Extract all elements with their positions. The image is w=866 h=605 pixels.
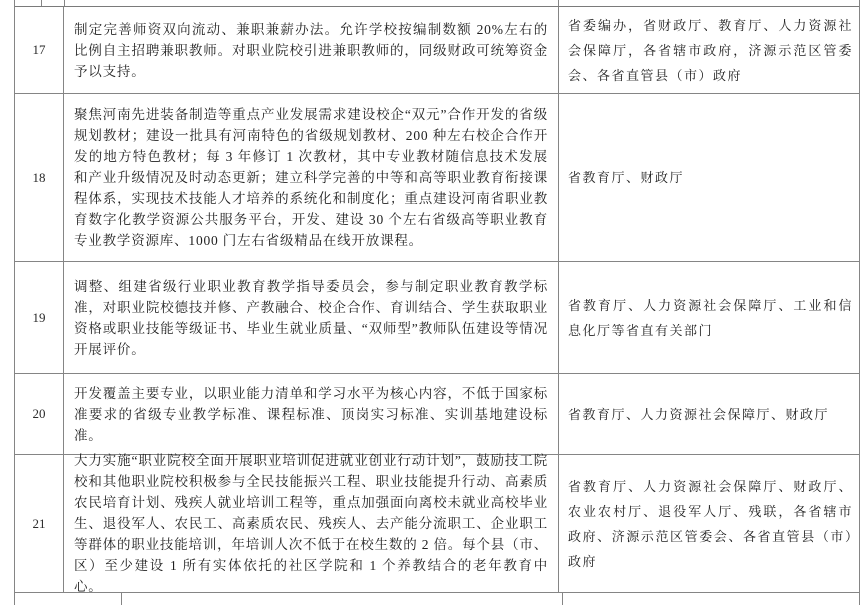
divider-line <box>121 593 122 605</box>
responsible-cell: 省委编办，省财政厅、教育厅、人力资源社会保障厅，各省辖市政府，济源示范区管委会、… <box>559 7 859 93</box>
divider-line <box>558 0 559 6</box>
task-text: 聚焦河南先进装备制造等重点产业发展需求建设校企“双元”合作开发的省级规划教材；建… <box>74 104 548 251</box>
row-number: 21 <box>15 455 64 592</box>
table-row: 20 开发覆盖主要专业，以职业能力清单和学习水平为核心内容，不低于国家标准要求的… <box>15 374 859 455</box>
task-cell: 调整、组建省级行业职业教育教学指导委员会，参与制定职业教育教学标准，对职业院校德… <box>64 262 559 373</box>
row-number: 17 <box>15 7 64 93</box>
task-text: 调整、组建省级行业职业教育教学指导委员会，参与制定职业教育教学标准，对职业院校德… <box>74 276 548 360</box>
row-number: 19 <box>15 262 64 373</box>
document-page: 17 制定完善师资双向流动、兼职兼薪办法。允许学校按编制数额 20%左右的比例自… <box>0 0 866 605</box>
divider-line <box>64 0 65 6</box>
responsible-text: 省教育厅、人力资源社会保障厅、财政厅、农业农村厅、退役军人厅、残联，各省辖市政府… <box>568 474 853 574</box>
responsible-cell: 省教育厅、人力资源社会保障厅、财政厅 <box>559 374 859 454</box>
responsible-text: 省教育厅、财政厅 <box>568 165 853 190</box>
table-row: 19 调整、组建省级行业职业教育教学指导委员会，参与制定职业教育教学标准，对职业… <box>15 262 859 374</box>
partial-row-below <box>15 593 859 605</box>
task-cell: 开发覆盖主要专业，以职业能力清单和学习水平为核心内容，不低于国家标准要求的省级专… <box>64 374 559 454</box>
task-text: 大力实施“职业院校全面开展职业培训促进就业创业行动计划”，鼓励技工院校和其他职业… <box>74 450 548 597</box>
task-text: 制定完善师资双向流动、兼职兼薪办法。允许学校按编制数额 20%左右的比例自主招聘… <box>74 19 548 82</box>
task-text: 开发覆盖主要专业，以职业能力清单和学习水平为核心内容，不低于国家标准要求的省级专… <box>74 383 548 446</box>
row-number: 20 <box>15 374 64 454</box>
responsible-cell: 省教育厅、人力资源社会保障厅、财政厅、农业农村厅、退役军人厅、残联，各省辖市政府… <box>559 455 859 592</box>
divider-line <box>562 593 563 605</box>
task-cell: 大力实施“职业院校全面开展职业培训促进就业创业行动计划”，鼓励技工院校和其他职业… <box>64 455 559 592</box>
responsible-cell: 省教育厅、人力资源社会保障厅、工业和信息化厅等省直有关部门 <box>559 262 859 373</box>
table-row: 21 大力实施“职业院校全面开展职业培训促进就业创业行动计划”，鼓励技工院校和其… <box>15 455 859 593</box>
responsible-text: 省教育厅、人力资源社会保障厅、财政厅 <box>568 402 853 427</box>
task-cell: 聚焦河南先进装备制造等重点产业发展需求建设校企“双元”合作开发的省级规划教材；建… <box>64 94 559 261</box>
row-number: 18 <box>15 94 64 261</box>
table-row: 17 制定完善师资双向流动、兼职兼薪办法。允许学校按编制数额 20%左右的比例自… <box>15 7 859 94</box>
responsible-text: 省教育厅、人力资源社会保障厅、工业和信息化厅等省直有关部门 <box>568 293 853 343</box>
responsible-text: 省委编办，省财政厅、教育厅、人力资源社会保障厅，各省辖市政府，济源示范区管委会、… <box>568 13 853 88</box>
partial-row-above <box>15 0 859 7</box>
divider-line <box>41 0 42 6</box>
task-cell: 制定完善师资双向流动、兼职兼薪办法。允许学校按编制数额 20%左右的比例自主招聘… <box>64 7 559 93</box>
task-table: 17 制定完善师资双向流动、兼职兼薪办法。允许学校按编制数额 20%左右的比例自… <box>14 0 860 605</box>
table-row: 18 聚焦河南先进装备制造等重点产业发展需求建设校企“双元”合作开发的省级规划教… <box>15 94 859 262</box>
responsible-cell: 省教育厅、财政厅 <box>559 94 859 261</box>
